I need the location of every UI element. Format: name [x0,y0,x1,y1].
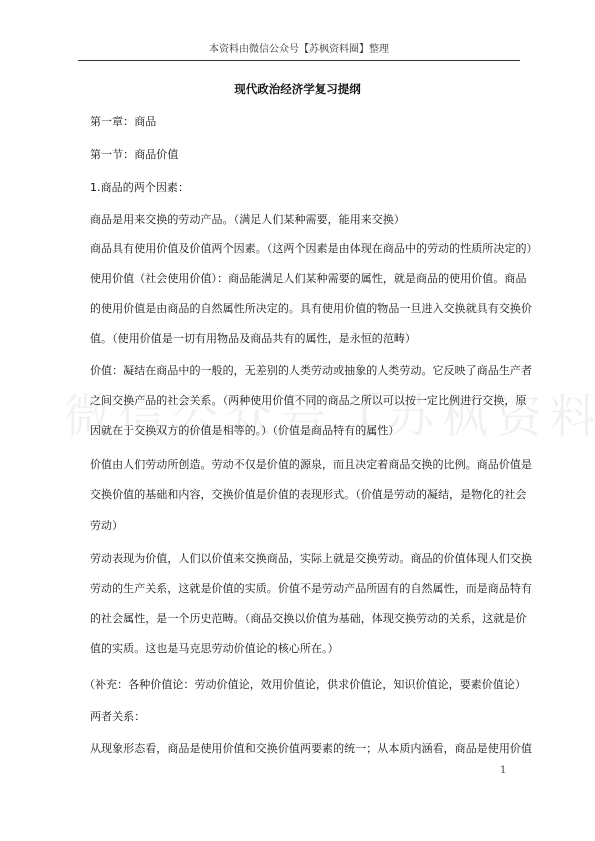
page-header: 本资料由微信公众号【苏枫资料圈】整理 [78,40,520,61]
page-number: 1 [500,765,506,776]
body-line: 劳动表现为价值，人们以价值来交换商品，实际上就是交换劳动。商品的价值体现人们交换 [90,550,532,566]
body-line: 商品具有使用价值及价值两个因素。（这两个因素是由体现在商品中的劳动的性质所决定的… [90,240,538,256]
body-line: 之间交换产品的社会关系。（两种使用价值不同的商品之所以可以按一定比例进行交换，原 [90,392,527,408]
body-line: 值。（使用价值是一切有用物品及商品共有的属性，是永恒的范畴） [90,330,416,346]
body-line: 的使用价值是由商品的自然属性所决定的。具有使用价值的物品一旦进入交换就具有交换价 [90,300,532,316]
body-line: 的社会属性，是一个历史范畴。（商品交换以价值为基础，体现交换劳动的关系，这就是价 [90,610,527,626]
body-line: （补充：各种价值论：劳动价值论，效用价值论，供求价值论，知识价值论，要素价值论） [84,676,526,692]
body-line: 从现象形态看，商品是使用价值和交换价值两要素的统一；从本质内涵看，商品是使用价值 [90,740,532,756]
body-line: 值的实质。这也是马克思劳动价值论的核心所在。） [90,640,339,656]
document-title: 现代政治经济学复习提纲 [0,81,595,97]
chapter-heading: 第一章：商品 [90,113,156,129]
section-heading: 第一节：商品价值 [90,146,178,162]
body-line: 价值：凝结在商品中的一般的，无差别的人类劳动或抽象的人类劳动。它反映了商品生产者 [90,362,532,378]
body-line: 劳动的生产关系，这就是价值的实质。价值不是劳动产品所固有的自然属性，而是商品特有 [90,580,532,596]
body-line: 劳动） [90,517,123,533]
body-line: 因就在于交换双方的价值是相等的。）（价值是商品特有的属性） [90,422,399,438]
body-line: 使用价值（社会使用价值）：商品能满足人们某种需要的属性，就是商品的使用价值。商品 [90,270,527,286]
body-line: 交换价值的基础和内容，交换价值是价值的表现形式。（价值是劳动的凝结，是物化的社会 [90,486,527,502]
subsection-heading: 1.商品的两个因素： [90,179,189,195]
body-line: 价值由人们劳动所创造。劳动不仅是价值的源泉，而且决定着商品交换的比例。商品价值是 [90,456,532,472]
body-line: 商品是用来交换的劳动产品。（满足人们某种需要，能用来交换） [90,211,405,227]
body-line: 两者关系： [90,708,145,724]
